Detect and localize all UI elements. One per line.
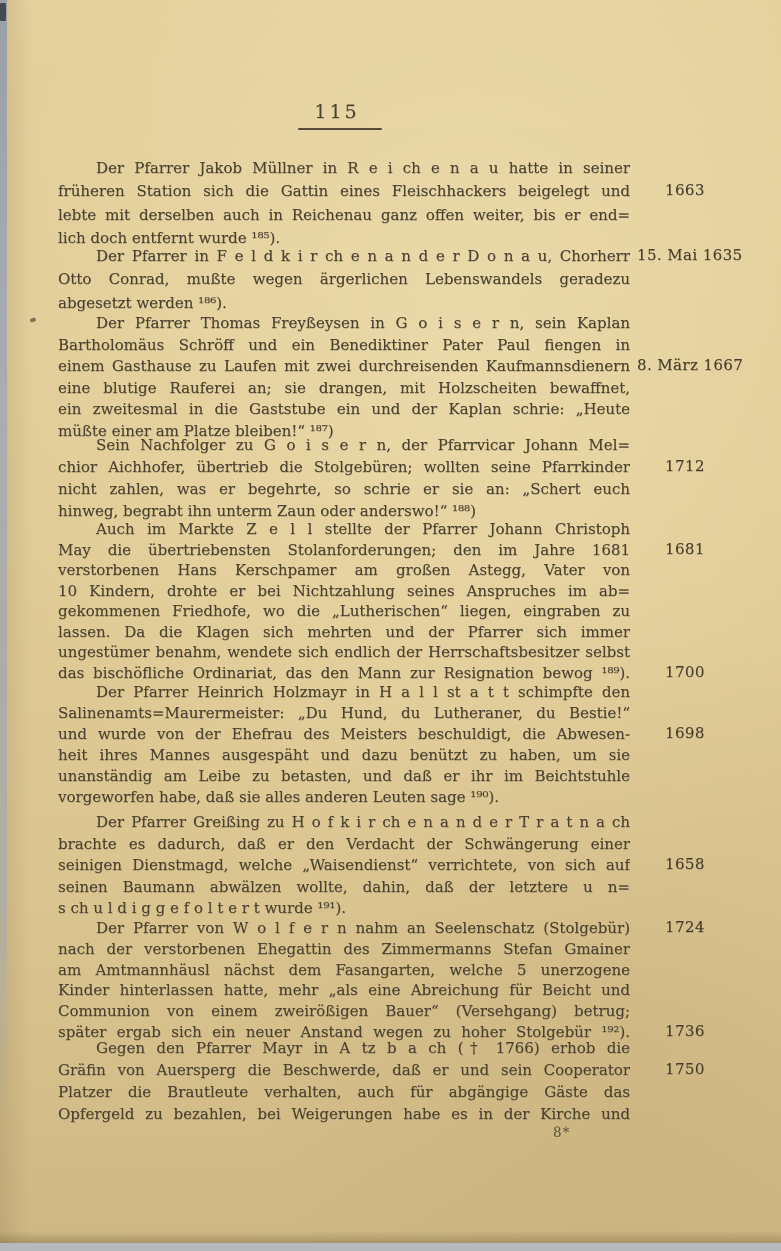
text-line: früheren Station sich die Gattin eines F… [58, 180, 630, 203]
text-line: Der Pfarrer in F e l d k i r ch e n a n … [58, 245, 630, 268]
text-line: lebte mit derselben auch in Reichenau ga… [58, 204, 630, 227]
text-line: May die übertriebensten Stolanforderunge… [58, 540, 630, 561]
page-bottom-shadow [0, 1231, 781, 1243]
paragraph: Sein Nachfolger zu G o i s e r n, der Pf… [58, 434, 630, 522]
page-number-rule [298, 128, 382, 130]
margin-date-note: 1663 [665, 179, 705, 202]
text-line: Opfergeld zu bezahlen, bei Weigerungen h… [58, 1103, 630, 1125]
margin-date-note: 1681 [665, 539, 705, 560]
text-line: gekommenen Friedhofe, wo die „Lutherisch… [58, 601, 630, 622]
text-line: lassen. Da die Klagen sich mehrten und d… [58, 622, 630, 643]
text-line: nach der verstorbenen Ehegattin des Zimm… [58, 939, 630, 960]
text-line: Bartholomäus Schröff und ein Benediktine… [58, 335, 630, 357]
text-line: Communion von einem zweirößigen Bauer“ (… [58, 1001, 630, 1022]
text-line: abgesetzt werden ¹⁸⁶). [58, 292, 630, 315]
paragraph: Gegen den Pfarrer Mayr in A tz b a ch (†… [58, 1037, 630, 1125]
text-line: brachte es dadurch, daß er den Verdacht … [58, 834, 630, 856]
ink-speck [29, 317, 36, 323]
scanner-edge-bottom [0, 1243, 781, 1251]
text-line: s ch u l d i g g e f o l t e r t wurde ¹… [58, 898, 630, 920]
text-line: Der Pfarrer von W o l f e r n nahm an Se… [58, 918, 630, 939]
scan-canvas: { "document": { "page_number": "115", "s… [0, 0, 781, 1251]
text-line: Der Pfarrer Thomas Freyßeysen in G o i s… [58, 313, 630, 335]
text-line: vorgeworfen habe, daß sie alles anderen … [58, 787, 630, 808]
scanner-edge-left [0, 0, 7, 1120]
margin-date-note: 1700 [665, 662, 705, 683]
text-line: Auch im Markte Z e l l stellte der Pfarr… [58, 519, 630, 540]
text-line: Der Pfarrer Heinrich Holzmayr in H a l l… [58, 682, 630, 703]
paragraph: Der Pfarrer Thomas Freyßeysen in G o i s… [58, 313, 630, 443]
text-line: Kinder hinterlassen hatte, mehr „als ein… [58, 980, 630, 1001]
text-line: am Amtmannhäusl nächst dem Fasangarten, … [58, 960, 630, 981]
text-line: ein zweitesmal in die Gaststube ein und … [58, 399, 630, 421]
text-line: seinigen Dienstmagd, welche „Waisendiens… [58, 855, 630, 877]
paragraph: Der Pfarrer Greißing zu H o f k i r ch e… [58, 812, 630, 920]
text-line: einem Gasthause zu Laufen mit zwei durch… [58, 356, 630, 378]
paragraph: Der Pfarrer in F e l d k i r ch e n a n … [58, 245, 630, 315]
margin-date-note: 1724 [665, 917, 705, 938]
book-page: 115 Der Pfarrer Jakob Müllner in R e i c… [0, 0, 781, 1243]
text-line: Gegen den Pfarrer Mayr in A tz b a ch (†… [58, 1037, 630, 1059]
text-line: seinen Baumann abwälzen wollte, dahin, d… [58, 877, 630, 899]
text-line: Platzer die Brautleute verhalten, auch f… [58, 1081, 630, 1103]
text-line: 10 Kindern, drohte er bei Nichtzahlung s… [58, 581, 630, 602]
margin-date-note: 15. Mai 1635 [637, 244, 742, 267]
margin-date-note: 1712 [665, 455, 705, 477]
paragraph: Der Pfarrer Heinrich Holzmayr in H a l l… [58, 682, 630, 808]
text-line: Otto Conrad, mußte wegen ärgerlichen Leb… [58, 268, 630, 291]
text-line: chior Aichhofer, übertrieb die Stolgebür… [58, 456, 630, 478]
text-line: unanständig am Leibe zu betasten, und da… [58, 766, 630, 787]
text-line: und wurde von der Ehefrau des Meisters b… [58, 724, 630, 745]
margin-date-note: 1736 [665, 1021, 705, 1042]
page-number: 115 [52, 101, 622, 123]
text-line: heit ihres Mannes ausgespäht und dazu be… [58, 745, 630, 766]
text-line: nicht zahlen, was er begehrte, so schrie… [58, 478, 630, 500]
text-line: Gräfin von Auersperg die Beschwerde, daß… [58, 1059, 630, 1081]
scanner-notch-icon [0, 3, 6, 21]
margin-date-note: 1750 [665, 1058, 705, 1080]
paragraph: Der Pfarrer Jakob Müllner in R e i ch e … [58, 157, 630, 250]
text-line: verstorbenen Hans Kerschpamer am großen … [58, 560, 630, 581]
margin-date-note: 1658 [665, 854, 705, 876]
signature-mark: 8* [553, 1125, 570, 1141]
margin-date-note: 8. März 1667 [637, 355, 743, 377]
text-line: ungestümer benahm, wendete sich endlich … [58, 642, 630, 663]
margin-date-note: 1698 [665, 723, 705, 744]
text-line: Salinenamts=Maurermeister: „Du Hund, du … [58, 703, 630, 724]
text-line: Der Pfarrer Greißing zu H o f k i r ch e… [58, 812, 630, 834]
paragraph: Der Pfarrer von W o l f e r n nahm an Se… [58, 918, 630, 1043]
text-line: Der Pfarrer Jakob Müllner in R e i ch e … [58, 157, 630, 180]
paragraph: Auch im Markte Z e l l stellte der Pfarr… [58, 519, 630, 683]
text-line: eine blutige Rauferei an; sie drangen, m… [58, 378, 630, 400]
text-line: Sein Nachfolger zu G o i s e r n, der Pf… [58, 434, 630, 456]
text-line: das bischöfliche Ordinariat, das den Man… [58, 663, 630, 684]
